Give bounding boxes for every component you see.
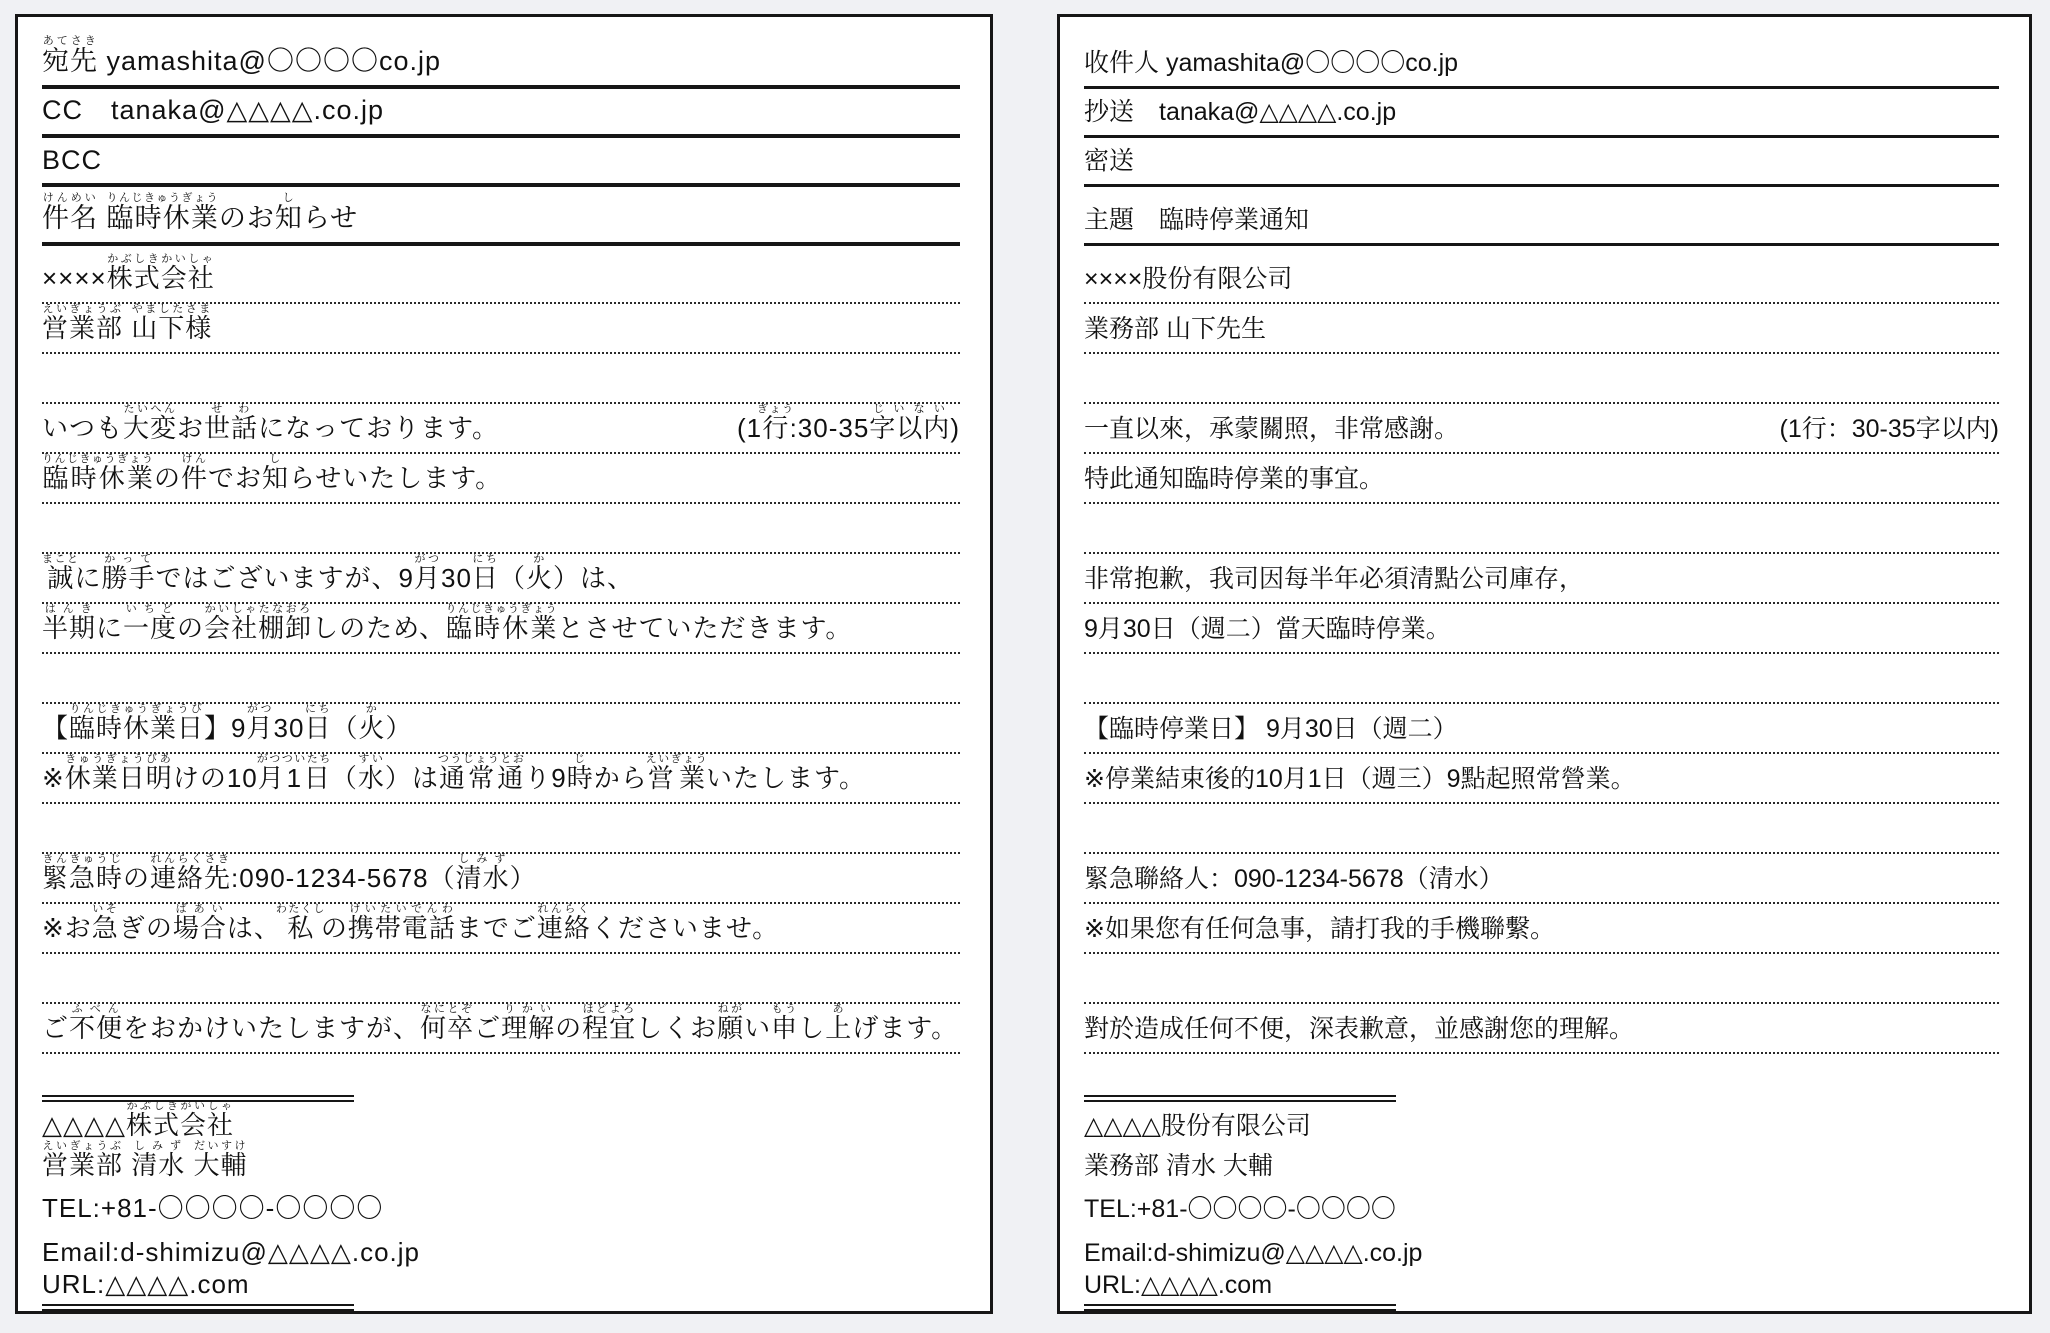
body-row: 【臨時休業日りんじきゅうぎょうび】9月がつ30日にち（火か）	[42, 704, 960, 754]
email-header-fields: 宛先あてさき yamashita@〇〇〇〇co.jp CC tanaka@△△△…	[42, 17, 960, 246]
body-row-spacer	[42, 654, 960, 704]
body-line: 9月30日（週二）當天臨時停業。	[1084, 609, 1451, 645]
body-row: 誠まことに勝手かってではございますが、9月がつ30日にち（火か）は、	[42, 554, 960, 604]
signature-tel-text: TEL:+81-〇〇〇〇-〇〇〇〇	[42, 1188, 383, 1225]
body-line: ご不便ふべんをおかけいたしますが、何卒なにとぞご理解りかいの程宜ほどよろしくお願…	[42, 1003, 958, 1045]
body-row-spacer	[42, 354, 960, 404]
bcc-field-text: BCC	[42, 145, 102, 176]
signature-person-text: 業務部 清水 大輔	[1084, 1146, 1273, 1182]
signature-company-text: △△△△股份有限公司	[1084, 1106, 1311, 1142]
signature-person-row: 営業部えいぎょうぶ 清水しみず 大輔だいすけ	[42, 1142, 354, 1182]
to-field-row: 宛先あてさき yamashita@〇〇〇〇co.jp	[42, 41, 960, 89]
signature-tel-row: TEL:+81-〇〇〇〇-〇〇〇〇	[42, 1182, 354, 1225]
signature-tel-text: TEL:+81-〇〇〇〇-〇〇〇〇	[1084, 1189, 1396, 1225]
signature-block: △△△△股份有限公司 業務部 清水 大輔 TEL:+81-〇〇〇〇-〇〇〇〇 E…	[1084, 1095, 1396, 1311]
body-row: 緊急聯絡人：090-1234-5678（清水）	[1084, 854, 1999, 904]
body-row: ※お急いそぎの場合ばあいは、私わたくしの携帯電話けいたいでんわまでご連絡れんらく…	[42, 904, 960, 954]
body-line: ※如果您有任何急事，請打我的手機聯繫。	[1084, 909, 1555, 945]
signature-person-text: 営業部えいぎょうぶ 清水しみず 大輔だいすけ	[42, 1140, 248, 1182]
body-row: 緊急時きんきゅうじの連絡先れんらくさき:090-1234-5678（清水しみず）	[42, 854, 960, 904]
subject-field-row: 主題 臨時停業通知	[1084, 187, 1999, 246]
body-row-spacer	[42, 954, 960, 1004]
body-row: 営業部えいぎょうぶ 山下様やましたさま	[42, 304, 960, 354]
to-field-text: 收件人 yamashita@〇〇〇〇co.jp	[1084, 43, 1458, 79]
body-row-spacer	[1084, 354, 1999, 404]
subject-field-text: 件名けんめい 臨時休業りんじきゅうぎょうのお知しらせ	[42, 192, 358, 235]
signature-email-text: Email:d-shimizu@△△△△.co.jp	[1084, 1238, 1422, 1268]
cc-field-row: CC tanaka@△△△△.co.jp	[42, 89, 960, 138]
body-line: いつも大変たいへんお世話せわになっております。	[42, 403, 499, 445]
subject-field-text: 主題 臨時停業通知	[1084, 200, 1309, 236]
signature-double-rule-bottom	[1084, 1304, 1396, 1311]
subject-field-row: 件名けんめい 臨時休業りんじきゅうぎょうのお知しらせ	[42, 187, 960, 246]
signature-double-rule-bottom	[42, 1304, 354, 1311]
body-line: 【臨時停業日】 9月30日（週二）	[1084, 709, 1458, 745]
body-row: ××××株式会社かぶしきかいしゃ	[42, 246, 960, 304]
body-line: 業務部 山下先生	[1084, 309, 1266, 345]
body-row: ※停業結束後的10月1日（週三）9點起照常營業。	[1084, 754, 1999, 804]
body-row: いつも大変たいへんお世話せわになっております。 (1行ぎょう:30-35字以内じ…	[42, 404, 960, 454]
body-line: 誠まことに勝手かってではございますが、9月がつ30日にち（火か）は、	[42, 553, 634, 595]
email-header-fields: 收件人 yamashita@〇〇〇〇co.jp 抄送 tanaka@△△△△.c…	[1084, 17, 1999, 246]
to-field-row: 收件人 yamashita@〇〇〇〇co.jp	[1084, 41, 1999, 89]
body-line: ××××株式会社かぶしきかいしゃ	[42, 253, 215, 295]
body-row-spacer	[42, 504, 960, 554]
body-line: 對於造成任何不便，深表歉意，並感謝您的理解。	[1084, 1009, 1634, 1045]
body-line: ※お急いそぎの場合ばあいは、私わたくしの携帯電話けいたいでんわまでご連絡れんらく…	[42, 903, 779, 945]
body-row: ※如果您有任何急事，請打我的手機聯繫。	[1084, 904, 1999, 954]
bcc-field-text: 密送	[1084, 141, 1134, 177]
body-row-spacer	[42, 804, 960, 854]
line-length-note: (1行ぎょう:30-35字以内じいない)	[737, 403, 960, 445]
body-row-spacer	[1084, 654, 1999, 704]
signature-url-text: URL:△△△△.com	[1084, 1270, 1272, 1300]
signature-url-row: URL:△△△△.com	[1084, 1268, 1396, 1304]
signature-company-row: △△△△股份有限公司	[1084, 1102, 1396, 1142]
bcc-field-row: 密送	[1084, 138, 1999, 187]
body-line: ※休業日明きゅうぎょうびあけの10月1日がつついたち（水すい）は通常通つうじょう…	[42, 753, 866, 795]
body-row: ご不便ふべんをおかけいたしますが、何卒なにとぞご理解りかいの程宜ほどよろしくお願…	[42, 1004, 960, 1054]
body-row: 9月30日（週二）當天臨時停業。	[1084, 604, 1999, 654]
japanese-email-panel: 宛先あてさき yamashita@〇〇〇〇co.jp CC tanaka@△△△…	[15, 14, 993, 1314]
body-line: 非常抱歉，我司因每半年必須清點公司庫存，	[1084, 559, 1584, 595]
body-row: 臨時休業りんじきゅうぎょうの件けんでお知しらせいたします。	[42, 454, 960, 504]
bcc-field-row: BCC	[42, 138, 960, 187]
body-line: 緊急時きんきゅうじの連絡先れんらくさき:090-1234-5678（清水しみず）	[42, 853, 537, 895]
signature-email-row: Email:d-shimizu@△△△△.co.jp	[42, 1225, 354, 1268]
chinese-email-panel: 收件人 yamashita@〇〇〇〇co.jp 抄送 tanaka@△△△△.c…	[1057, 14, 2032, 1314]
body-row: 對於造成任何不便，深表歉意，並感謝您的理解。	[1084, 1004, 1999, 1054]
body-line: 緊急聯絡人：090-1234-5678（清水）	[1084, 859, 1504, 895]
body-row: ※休業日明きゅうぎょうびあけの10月1日がつついたち（水すい）は通常通つうじょう…	[42, 754, 960, 804]
body-row-spacer	[1084, 804, 1999, 854]
signature-email-row: Email:d-shimizu@△△△△.co.jp	[1084, 1225, 1396, 1268]
body-row: 一直以來，承蒙關照，非常感謝。 (1行：30-35字以内)	[1084, 404, 1999, 454]
signature-person-row: 業務部 清水 大輔	[1084, 1142, 1396, 1182]
body-row-spacer	[1084, 504, 1999, 554]
signature-block: △△△△株式会社かぶしきがいしゃ 営業部えいぎょうぶ 清水しみず 大輔だいすけ …	[42, 1095, 354, 1311]
cc-field-text: CC tanaka@△△△△.co.jp	[42, 88, 384, 127]
to-field-text: 宛先あてさき yamashita@〇〇〇〇co.jp	[42, 35, 441, 78]
email-body: ××××株式会社かぶしきかいしゃ 営業部えいぎょうぶ 山下様やましたさま いつも…	[42, 246, 960, 1054]
signature-double-rule-top	[1084, 1095, 1396, 1102]
body-row: ××××股份有限公司	[1084, 246, 1999, 304]
page-background: 宛先あてさき yamashita@〇〇〇〇co.jp CC tanaka@△△△…	[0, 0, 2050, 1333]
signature-company-row: △△△△株式会社かぶしきがいしゃ	[42, 1102, 354, 1142]
line-length-note: (1行：30-35字以内)	[1780, 409, 2000, 445]
body-line: 営業部えいぎょうぶ 山下様やましたさま	[42, 303, 212, 345]
body-line: 半期はんきに一度いちどの会社棚卸かいしゃたなおろしのため、臨時休業りんじきゅうぎ…	[42, 603, 852, 645]
signature-company-text: △△△△株式会社かぶしきがいしゃ	[42, 1100, 234, 1142]
signature-url-text: URL:△△△△.com	[42, 1269, 250, 1300]
body-line: ××××股份有限公司	[1084, 259, 1292, 295]
body-row: 半期はんきに一度いちどの会社棚卸かいしゃたなおろしのため、臨時休業りんじきゅうぎ…	[42, 604, 960, 654]
cc-field-text: 抄送 tanaka@△△△△.co.jp	[1084, 92, 1396, 128]
body-row: 業務部 山下先生	[1084, 304, 1999, 354]
body-line: ※停業結束後的10月1日（週三）9點起照常營業。	[1084, 759, 1636, 795]
body-row: 非常抱歉，我司因每半年必須清點公司庫存，	[1084, 554, 1999, 604]
signature-tel-row: TEL:+81-〇〇〇〇-〇〇〇〇	[1084, 1182, 1396, 1225]
body-line: 特此通知臨時停業的事宜。	[1084, 459, 1384, 495]
signature-url-row: URL:△△△△.com	[42, 1268, 354, 1304]
cc-field-row: 抄送 tanaka@△△△△.co.jp	[1084, 89, 1999, 138]
body-line: 【臨時休業日りんじきゅうぎょうび】9月がつ30日にち（火か）	[42, 703, 413, 745]
body-line: 臨時休業りんじきゅうぎょうの件けんでお知しらせいたします。	[42, 453, 502, 495]
email-body: ××××股份有限公司 業務部 山下先生 一直以來，承蒙關照，非常感謝。 (1行：…	[1084, 246, 1999, 1054]
body-row: 【臨時停業日】 9月30日（週二）	[1084, 704, 1999, 754]
body-row-spacer	[1084, 954, 1999, 1004]
body-row: 特此通知臨時停業的事宜。	[1084, 454, 1999, 504]
body-line: 一直以來，承蒙關照，非常感謝。	[1084, 409, 1459, 445]
signature-email-text: Email:d-shimizu@△△△△.co.jp	[42, 1237, 420, 1268]
